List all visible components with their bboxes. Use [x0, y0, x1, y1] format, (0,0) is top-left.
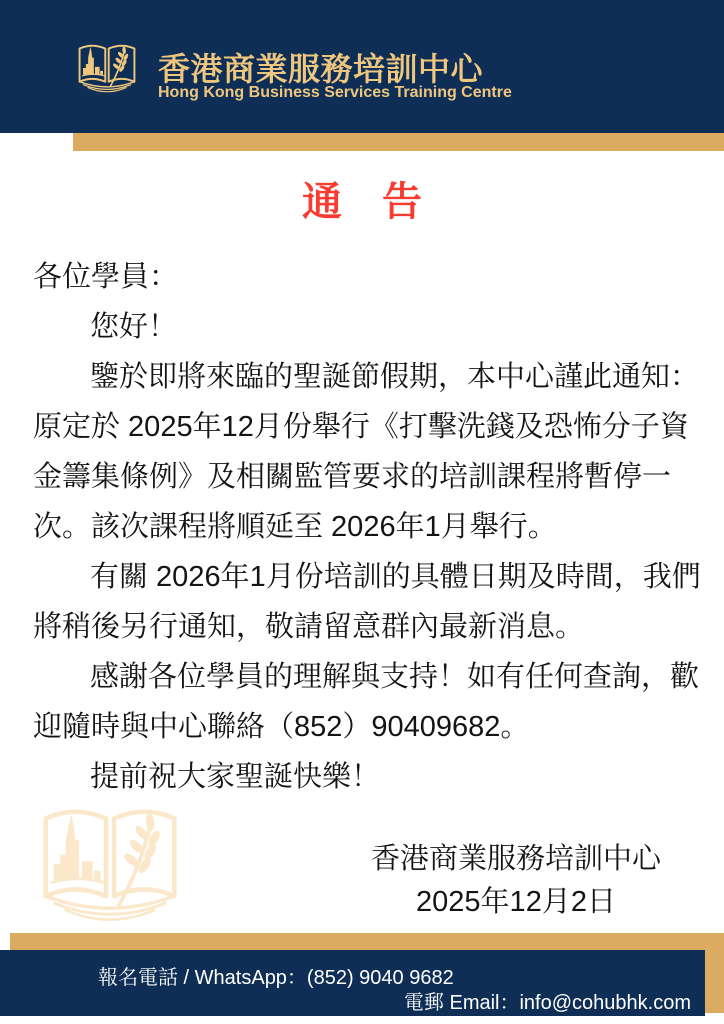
body-line: 將稍後另行通知，敬請留意群內最新消息。	[33, 602, 693, 652]
body-line: 感謝各位學員的理解與支持！如有任何查詢，歡	[33, 652, 693, 702]
footer-band: 報名電話 / WhatsApp：(852) 9040 9682 電郵 Email…	[0, 950, 705, 1016]
notice-page: 香港商業服務培訓中心 Hong Kong Business Services T…	[0, 0, 724, 1024]
watermark-book-logo-icon	[20, 797, 200, 931]
body-line: 提前祝大家聖誕快樂！	[33, 752, 693, 802]
body-line: 金籌集條例》及相關監管要求的培訓課程將暫停一	[33, 452, 693, 502]
notice-body: 各位學員： 您好！ 鑒於即將來臨的聖誕節假期，本中心謹此通知： 原定於 2025…	[33, 252, 693, 802]
body-line: 您好！	[33, 302, 693, 352]
body-line: 有關 2026年1月份培訓的具體日期及時間，我們	[33, 552, 693, 602]
signature-date: 2025年12月2日	[370, 881, 662, 924]
notice-title: 通 告	[0, 170, 724, 227]
body-line: 次。該次課程將順延至 2026年1月舉行。	[33, 502, 693, 552]
footer-email: 電郵 Email：info@cohubhk.com	[404, 986, 691, 1015]
book-logo-icon	[75, 38, 139, 98]
signature-block: 香港商業服務培訓中心 2025年12月2日	[370, 838, 662, 924]
org-title-english: Hong Kong Business Services Training Cen…	[158, 84, 512, 102]
signature-org: 香港商業服務培訓中心	[370, 838, 662, 881]
gold-accent-bar-top	[73, 133, 724, 151]
body-line: 鑒於即將來臨的聖誕節假期，本中心謹此通知：	[33, 352, 693, 402]
header-band: 香港商業服務培訓中心 Hong Kong Business Services T…	[0, 0, 724, 133]
body-line: 各位學員：	[33, 252, 693, 302]
footer-phone-whatsapp: 報名電話 / WhatsApp：(852) 9040 9682	[98, 961, 454, 990]
body-line: 迎隨時與中心聯絡（852）90409682。	[33, 702, 693, 752]
body-line: 原定於 2025年12月份舉行《打擊洗錢及恐怖分子資	[33, 402, 693, 452]
